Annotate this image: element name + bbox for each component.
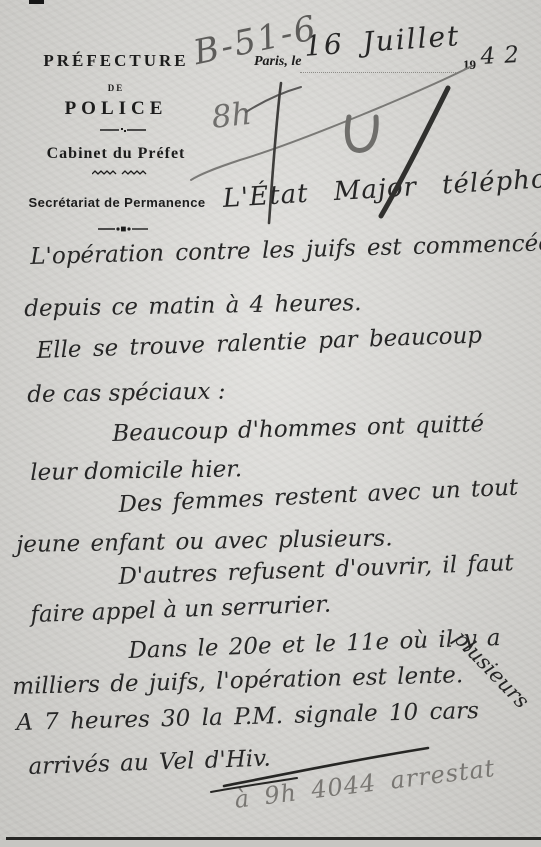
handwritten-date: 16 Juillet [303, 19, 461, 63]
handwritten-line: depuis ce matin à 4 heures. [24, 290, 362, 322]
ornament-rule-diamond-icon [98, 224, 148, 234]
handwritten-line: Dans le 20e et le 11e où il y a [128, 625, 501, 664]
pencil-tally-note: à 9h 4044 arrestat [233, 754, 497, 814]
ornament-wavy-rule-icon [92, 169, 148, 177]
letterhead-title-de: DE [36, 83, 196, 93]
printed-year-prefix: 19 [463, 57, 476, 73]
handwritten-line: L'opération contre les juifs est commenc… [30, 230, 541, 270]
handwritten-line: Beaucoup d'hommes ont quitté [112, 411, 484, 447]
letterhead-title-prefecture: PRÉFECTURE [36, 51, 196, 71]
handwritten-line: D'autres refusent d'ouvrir, il faut [118, 550, 514, 590]
handwritten-line: Elle se trouve ralentie par beaucoup [36, 322, 482, 364]
document-page: PRÉFECTURE DE POLICE Cabinet du Préfet S… [0, 0, 541, 847]
handwritten-year: 42 [480, 42, 529, 70]
date-dotted-rule [300, 72, 460, 73]
recipient-note: L'État Major téléphone [222, 162, 541, 214]
scan-edge-margin [0, 840, 541, 847]
handwritten-line: de cas spéciaux : [27, 379, 226, 408]
pencil-time-note: 8h [210, 96, 253, 136]
scan-edge-line [6, 837, 541, 840]
scan-top-mark [29, 0, 44, 4]
ornament-rule-dots-icon [100, 126, 146, 134]
letterhead-office: Cabinet du Préfet [26, 145, 206, 163]
handwritten-line: jeune enfant ou avec plusieurs. [16, 525, 393, 558]
handwritten-line: milliers de juifs, l'opération est lente… [12, 662, 463, 700]
letterhead-title-police: POLICE [36, 98, 196, 120]
u-check-mark [347, 117, 376, 150]
pencil-check-crossbar [246, 87, 301, 112]
letterhead-department: Secrétariat de Permanence [22, 195, 212, 210]
handwritten-line: faire appel à un serrurier. [30, 592, 332, 628]
handwritten-line: A 7 heures 30 la P.M. signale 10 cars [16, 698, 479, 736]
handwritten-line: leur domicile hier. [30, 456, 242, 486]
handwritten-line: arrivés au Vel d'Hiv. [28, 746, 271, 780]
